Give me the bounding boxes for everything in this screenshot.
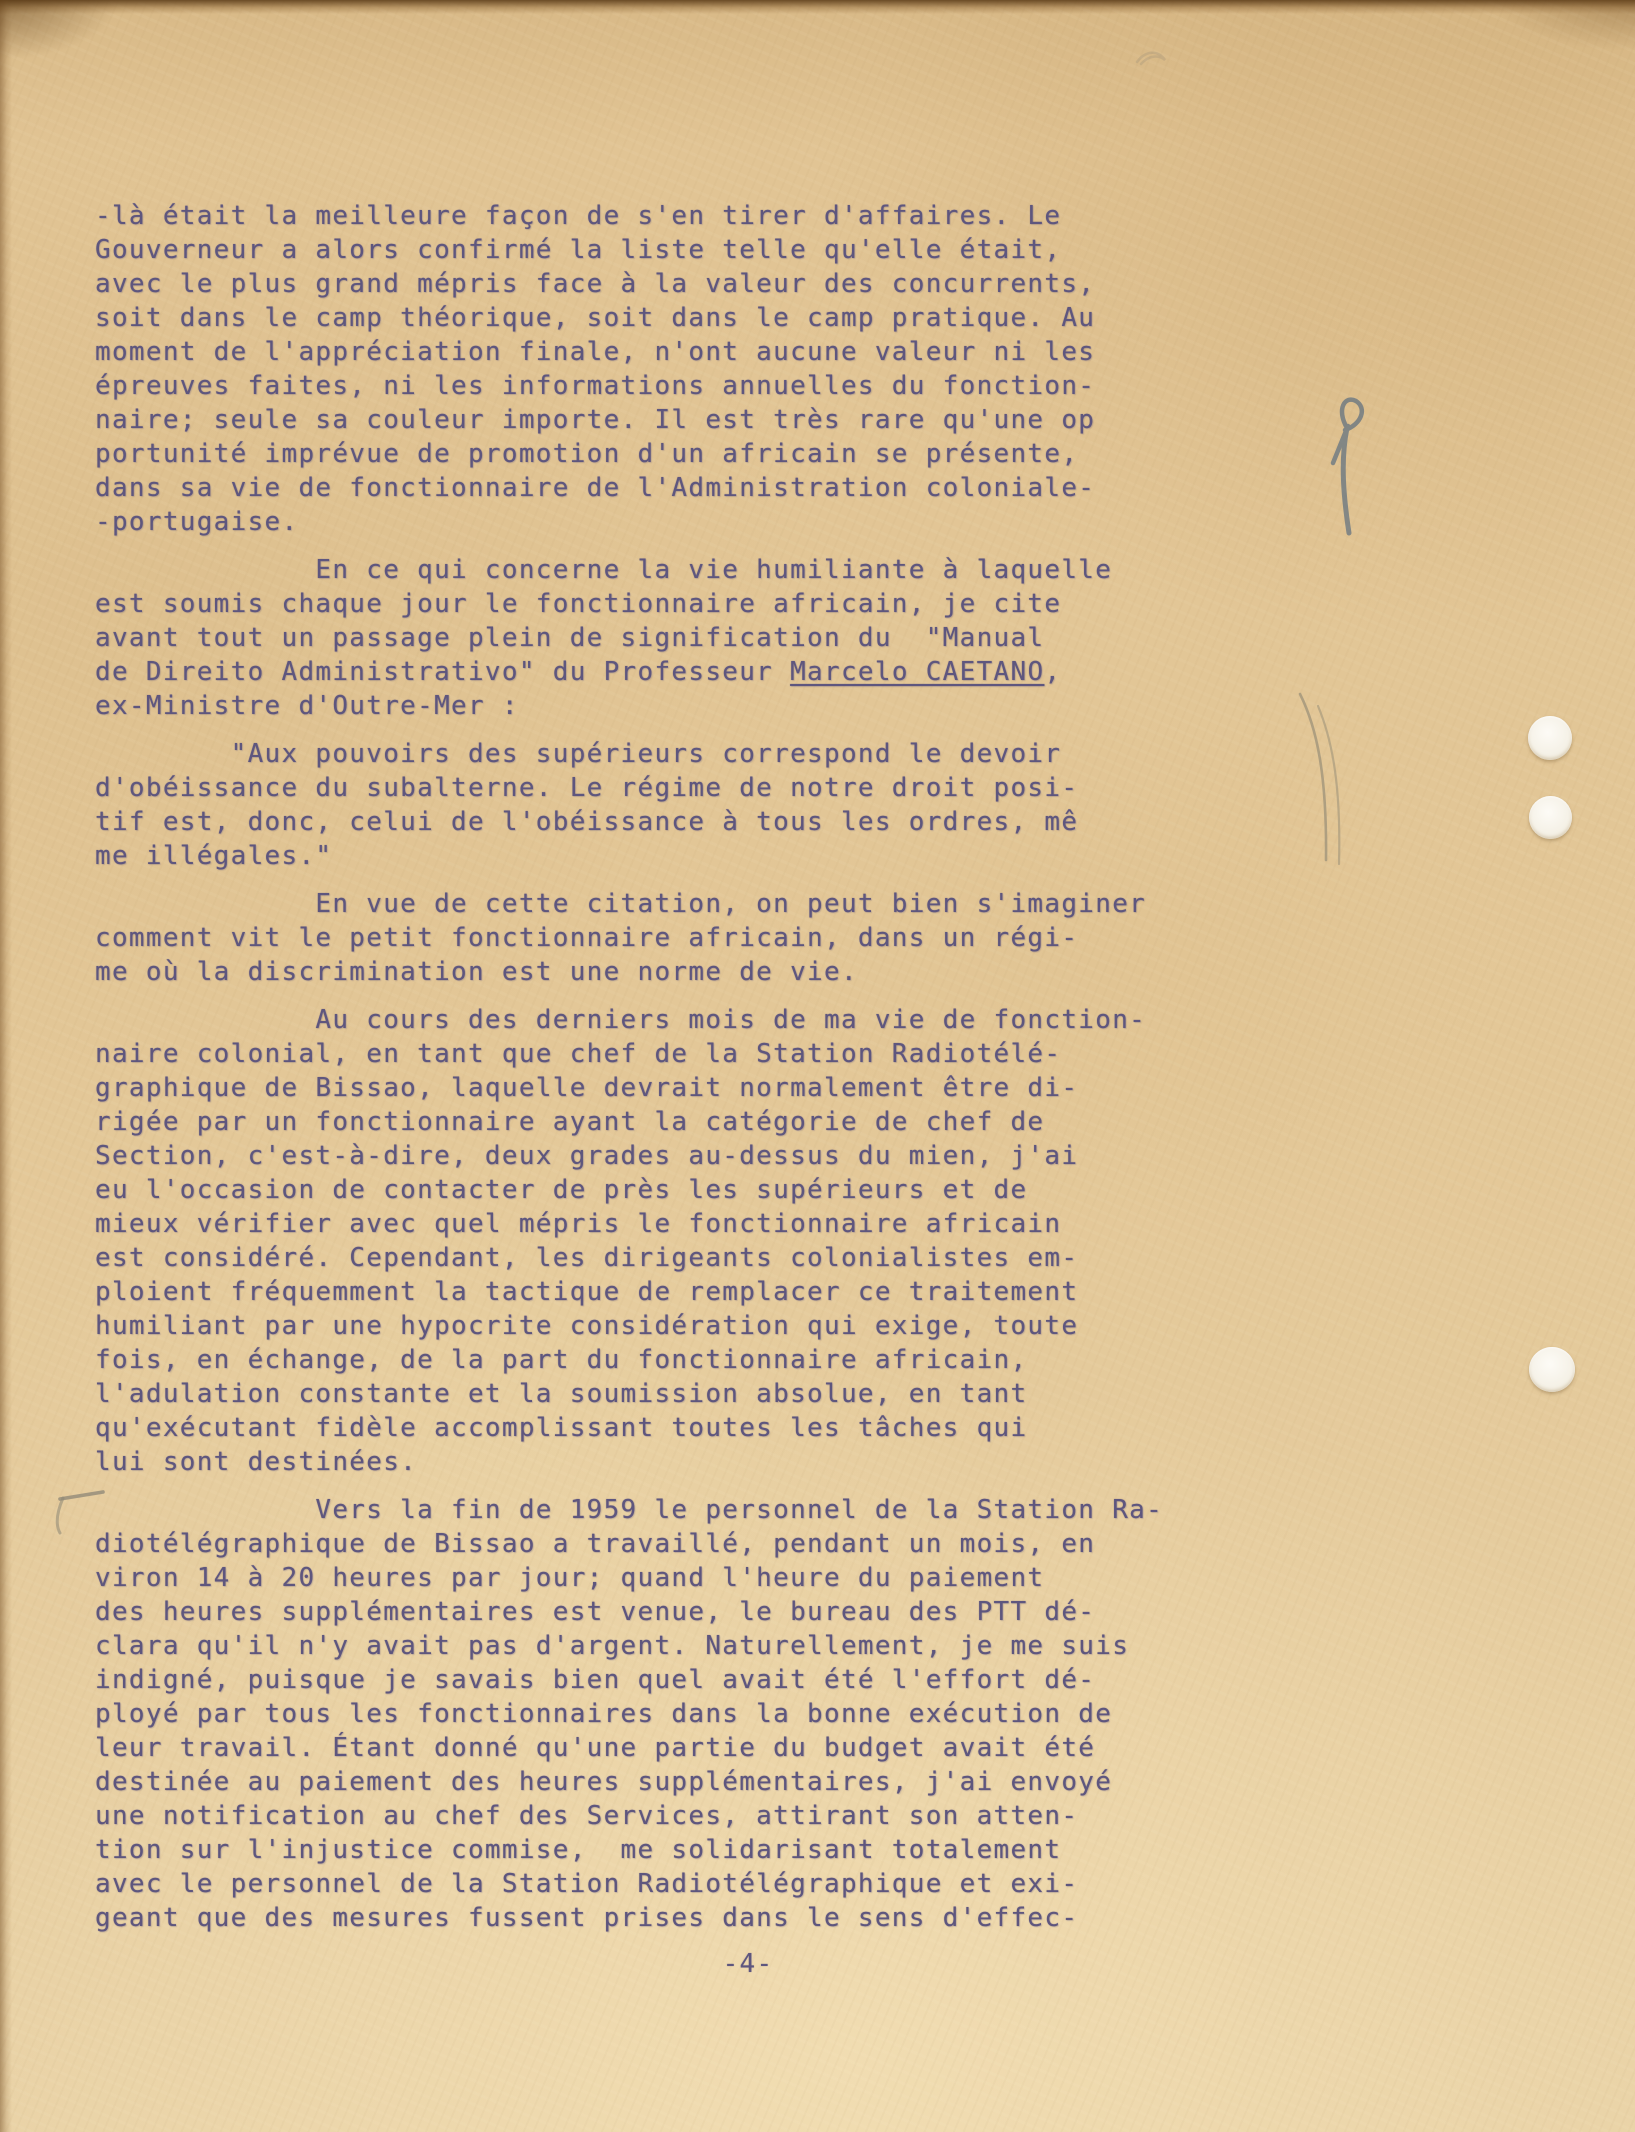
text-line: me où la discrimination est une norme de… [95,955,1205,989]
text-line: destinée au paiement des heures suppléme… [95,1765,1205,1799]
text-line: naire colonial, en tant que chef de la S… [95,1037,1205,1071]
page-corner-shadow [1495,0,1635,50]
text-line: ployé par tous les fonctionnaires dans l… [95,1697,1205,1731]
text-line: naire; seule sa couleur importe. Il est … [95,403,1205,437]
text-line: épreuves faites, ni les informations ann… [95,369,1205,403]
text-line: "Aux pouvoirs des supérieurs correspond … [95,737,1205,771]
text-line: indigné, puisque je savais bien quel ava… [95,1663,1205,1697]
quote-paragraph: "Aux pouvoirs des supérieurs correspond … [95,737,1205,873]
text-line: Gouverneur a alors confirmé la liste tel… [95,233,1205,267]
paragraph: -là était la meilleure façon de s'en tir… [95,199,1205,539]
text-line: graphique de Bissao, laquelle devrait no… [95,1071,1205,1105]
text-line: humiliant par une hypocrite considératio… [95,1309,1205,1343]
typewritten-text: -là était la meilleure façon de s'en tir… [95,199,1205,1935]
text-line: des heures supplémentaires est venue, le… [95,1595,1205,1629]
paragraph: En vue de cette citation, on peut bien s… [95,887,1205,989]
text-line: diotélégraphique de Bissao a travaillé, … [95,1527,1205,1561]
text-line: est soumis chaque jour le fonctionnaire … [95,587,1205,621]
pencil-arrow-up-icon [1333,400,1362,533]
text-line: En vue de cette citation, on peut bien s… [95,887,1205,921]
text-line: avec le plus grand mépris face à la vale… [95,267,1205,301]
text-line: geant que des mesures fussent prises dan… [95,1901,1205,1935]
page-corner-shadow [0,0,120,60]
text-line: portunité imprévue de promotion d'un afr… [95,437,1205,471]
corner-scribble-icon [1137,53,1165,64]
text-line: tif est, donc, celui de l'obéissance à t… [95,805,1205,839]
page-number: -4- [0,1947,1496,1981]
text-line: leur travail. Étant donné qu'une partie … [95,1731,1205,1765]
text-line: ex-Ministre d'Outre-Mer : [95,689,1205,723]
text-line: me illégales." [95,839,1205,873]
document-page: -là était la meilleure façon de s'en tir… [0,0,1635,2132]
text-line: comment vit le petit fonctionnaire afric… [95,921,1205,955]
text-line: -portugaise. [95,505,1205,539]
text-line: d'obéissance du subalterne. Le régime de… [95,771,1205,805]
underlined-name: Marcelo CAETANO [790,657,1044,687]
text-line: qu'exécutant fidèle accomplissant toutes… [95,1411,1205,1445]
text-line: Vers la fin de 1959 le personnel de la S… [95,1493,1205,1527]
page-top-edge [0,0,1635,14]
text-line: clara qu'il n'y avait pas d'argent. Natu… [95,1629,1205,1663]
text-line: lui sont destinées. [95,1445,1205,1479]
text-line: une notification au chef des Services, a… [95,1799,1205,1833]
text-line: mieux vérifier avec quel mépris le fonct… [95,1207,1205,1241]
hole-punch [1529,1347,1575,1392]
text-line: En ce qui concerne la vie humiliante à l… [95,553,1205,587]
text-line: avec le personnel de la Station Radiotél… [95,1867,1205,1901]
paragraph: Au cours des derniers mois de ma vie de … [95,1003,1205,1479]
text-line: -là était la meilleure façon de s'en tir… [95,199,1205,233]
text-line: rigée par un fonctionnaire ayant la caté… [95,1105,1205,1139]
text-line: est considéré. Cependant, les dirigeants… [95,1241,1205,1275]
paragraph: En ce qui concerne la vie humiliante à l… [95,553,1205,723]
hole-punch [1529,796,1572,839]
quote-margin-mark-icon [1300,694,1339,864]
page-left-edge [0,0,12,2132]
text-line: eu l'occasion de contacter de près les s… [95,1173,1205,1207]
hole-punch [1528,716,1572,760]
text-line: tion sur l'injustice commise, me solidar… [95,1833,1205,1867]
text-line: dans sa vie de fonctionnaire de l'Admini… [95,471,1205,505]
text-line: fois, en échange, de la part du fonction… [95,1343,1205,1377]
text-line: soit dans le camp théorique, soit dans l… [95,301,1205,335]
text-line: de Direito Administrativo" du Professeur… [95,655,1205,689]
text-line: viron 14 à 20 heures par jour; quand l'h… [95,1561,1205,1595]
text-line: Section, c'est-à-dire, deux grades au-de… [95,1139,1205,1173]
text-line: ploient fréquemment la tactique de rempl… [95,1275,1205,1309]
text-line: l'adulation constante et la soumission a… [95,1377,1205,1411]
text-line: moment de l'appréciation finale, n'ont a… [95,335,1205,369]
paragraph: Vers la fin de 1959 le personnel de la S… [95,1493,1205,1935]
text-line: avant tout un passage plein de significa… [95,621,1205,655]
text-line: Au cours des derniers mois de ma vie de … [95,1003,1205,1037]
